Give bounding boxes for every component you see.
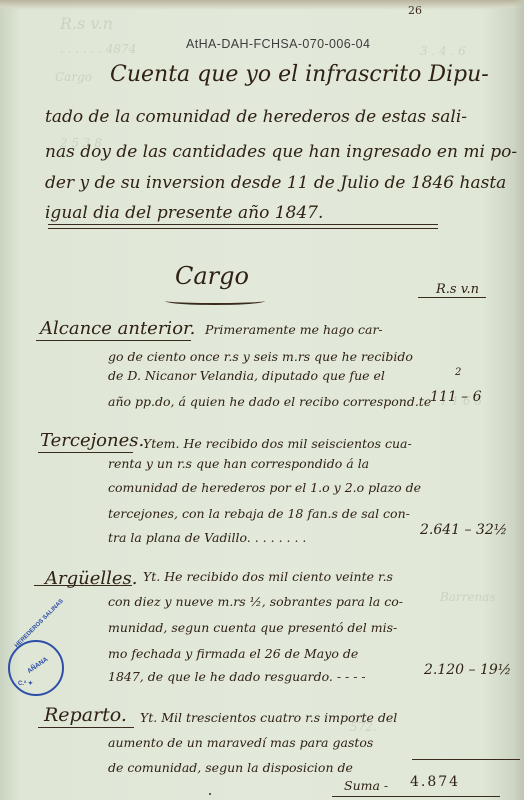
- stamp-center-text: AÑANA: [26, 656, 49, 675]
- bleed-through-text: Cargo: [55, 70, 92, 84]
- entry-label-tercejones: Tercejones.: [40, 430, 144, 451]
- entry-line: Ytem. He recibido dos mil seiscientos cu…: [143, 436, 412, 451]
- entry-label-underline: [38, 727, 134, 728]
- entry-label-underline: [36, 340, 191, 341]
- column-label-reales-vellon: R.s v.n: [436, 282, 479, 297]
- entry-line: 1847, de que le he dado resguardo. - - -…: [108, 669, 366, 684]
- entry-amount: 2.641 – 32½: [420, 522, 507, 538]
- page-number: 26: [408, 4, 422, 17]
- heading-double-underline: [48, 224, 438, 229]
- entry-line: año pp.do, á quien he dado el recibo cor…: [108, 394, 431, 409]
- bleed-through-text: R.s v.n: [60, 14, 113, 33]
- entry-line: tercejones, con la rebaja de 18 fan.s de…: [108, 506, 410, 521]
- entry-amount: 111 – 6: [430, 389, 482, 405]
- entry-label-underline: [38, 452, 133, 453]
- entry-line: mo fechada y firmada el 26 de Mayo de: [108, 646, 358, 661]
- stamp-bottom-text: C.ª ✦: [18, 680, 33, 687]
- entry-line: Yt. Mil trescientos cuatro r.s importe d…: [140, 710, 397, 725]
- entry-amount: 2.120 – 19½: [424, 662, 511, 678]
- bleed-through-text: . . . . . . 4874: [60, 42, 136, 56]
- page-top-edge: [0, 0, 524, 10]
- entry-line: go de ciento once r.s y seis m.rs que he…: [108, 349, 413, 364]
- entry-line: comunidad de herederos por el 1.o y 2.o …: [108, 480, 421, 495]
- entry-line: tra la plana de Vadillo. . . . . . . .: [108, 530, 306, 545]
- cargo-flourish: [165, 297, 265, 305]
- sum-value: 4.874: [410, 774, 460, 790]
- entry-line: de D. Nicanor Velandia, diputado que fue…: [108, 368, 385, 383]
- stamp-outer-text: HEREDEROS SALINAS: [14, 598, 65, 649]
- sum-underline: [332, 796, 500, 797]
- entry-line: renta y un r.s que han correspondido á l…: [108, 456, 369, 471]
- entry-line: con diez y nueve m.rs ½, sobrantes para …: [108, 594, 403, 609]
- entry-line: Primeramente me hago car-: [205, 322, 383, 337]
- heading-line-5: igual dia del presente año 1847.: [45, 203, 323, 223]
- sum-label: Suma -: [344, 778, 388, 793]
- archive-seal-stamp: HEREDEROS SALINAS AÑANA C.ª ✦: [8, 640, 64, 696]
- cargo-title: Cargo: [175, 262, 249, 290]
- ink-dot: [209, 793, 211, 795]
- entry-line: de comunidad, segun la disposicion de: [108, 760, 353, 775]
- entry-line: Yt. He recibido dos mil ciento veinte r.…: [143, 569, 393, 584]
- entry-label-alcance-anterior: Alcance anterior.: [40, 318, 195, 339]
- entry-line: munidad, segun cuenta que presentó del m…: [108, 620, 397, 635]
- bleed-through-text: Barrenas: [440, 590, 496, 604]
- entry-label-underline: [34, 585, 132, 586]
- amount-annotation: 2: [455, 367, 461, 378]
- entry-line: aumento de un maravedí mas para gastos: [108, 735, 373, 750]
- entry-label-reparto: Reparto.: [44, 704, 127, 726]
- archive-reference: AtHA-DAH-FCHSA-070-006-04: [186, 37, 370, 51]
- heading-line-3: nas doy de las cantidades que han ingres…: [45, 142, 517, 162]
- carry-line: [412, 759, 520, 760]
- bleed-through-text: 3 . 4 . 6: [420, 44, 466, 58]
- heading-line-4: der y de su inversion desde 11 de Julio …: [45, 173, 506, 193]
- heading-line-2: tado de la comunidad de herederos de est…: [45, 107, 467, 127]
- page-right-edge: [514, 0, 524, 800]
- heading-line-1: Cuenta que yo el infrascrito Dipu-: [110, 62, 489, 87]
- column-label-underline: [418, 297, 486, 298]
